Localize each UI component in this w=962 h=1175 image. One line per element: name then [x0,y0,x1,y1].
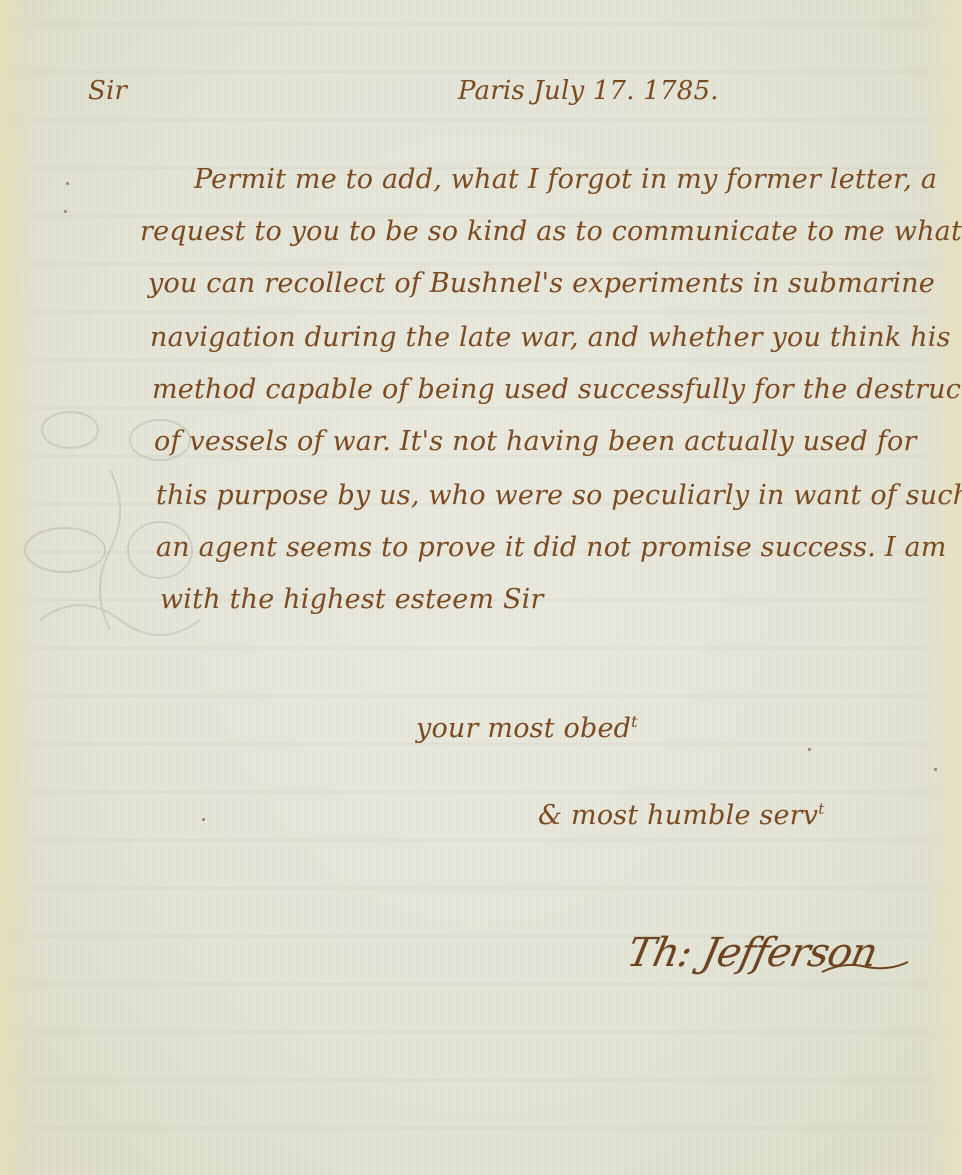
place-date: Paris July 17. 1785. [458,76,719,106]
body-line-5: method capable of being used successfull… [152,374,962,405]
body-line-6: of vessels of war. It's not having been … [154,426,917,457]
letter-page: Sir Paris July 17. 1785. Permit me to ad… [0,0,962,1175]
watermark-icon [10,380,240,680]
ink-speck [64,210,67,213]
ink-speck [808,748,811,751]
body-line-8: an agent seems to prove it did not promi… [156,532,947,563]
body-line-9: with the highest esteem Sir [160,584,544,615]
body-line-2: request to you to be so kind as to commu… [140,216,962,247]
body-line-7: this purpose by us, who were so peculiar… [156,480,962,511]
body-line-1: Permit me to add, what I forgot in my fo… [194,164,937,195]
closing-line-1-superscript: t [631,712,638,731]
closing-line-1: your most obedt [416,712,638,744]
body-line-3: you can recollect of Bushnel's experimen… [148,268,935,299]
ink-speck [202,818,205,821]
body-line-4: navigation during the late war, and whet… [150,322,951,353]
closing-line-2-superscript: t [818,800,824,818]
closing-line-1-text: your most obed [416,713,631,744]
closing-line-2: & most humble servt [538,800,824,831]
salutation: Sir [88,76,127,106]
signature-flourish-icon [820,950,910,980]
ink-speck [66,182,69,185]
closing-line-2-text: & most humble serv [538,800,818,831]
ink-speck [934,768,937,771]
